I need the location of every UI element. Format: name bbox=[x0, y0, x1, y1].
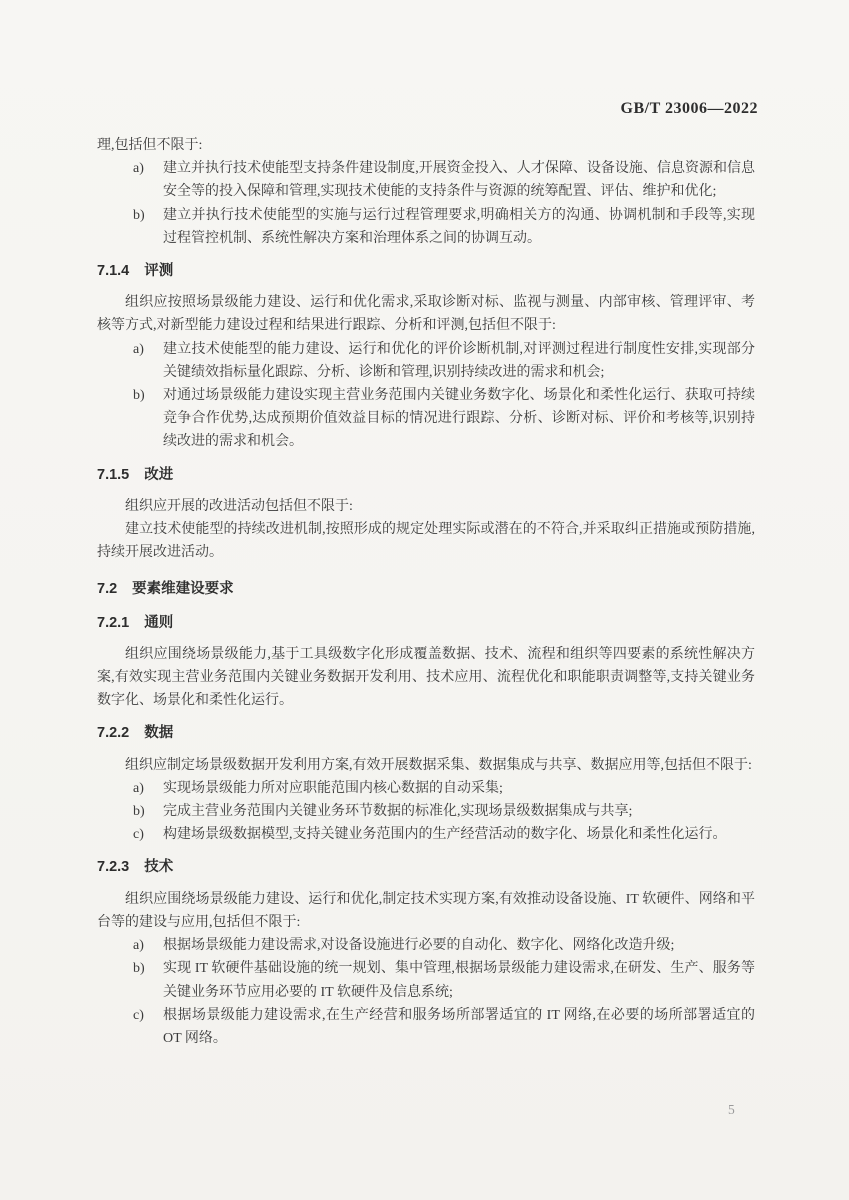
section-heading: 7.2.1 通则 bbox=[97, 612, 755, 635]
section-7-1-4: 7.1.4 评测 组织应按照场景级能力建设、运行和优化需求,采取诊断对标、监视与… bbox=[97, 260, 755, 454]
list-item-label: c) bbox=[133, 1004, 144, 1027]
list-item-text: 实现场景级能力所对应职能范围内核心数据的自动采集; bbox=[163, 781, 503, 796]
section-title: 评测 bbox=[144, 260, 173, 283]
list-item-label: a) bbox=[133, 157, 144, 180]
paragraph: 组织应按照场景级能力建设、运行和优化需求,采取诊断对标、监视与测量、内部审核、管… bbox=[97, 291, 755, 337]
list-item: a) 建立并执行技术使能型支持条件建设制度,开展资金投入、人才保障、设备设施、信… bbox=[97, 157, 755, 203]
paragraph: 组织应围绕场景级能力,基于工具级数字化形成覆盖数据、技术、流程和组织等四要素的系… bbox=[97, 643, 755, 713]
list-item-label: b) bbox=[133, 204, 145, 227]
paragraph: 组织应制定场景级数据开发利用方案,有效开展数据采集、数据集成与共享、数据应用等,… bbox=[97, 754, 755, 777]
section-number: 7.2.1 bbox=[97, 612, 129, 635]
continuation-list: a) 建立并执行技术使能型支持条件建设制度,开展资金投入、人才保障、设备设施、信… bbox=[97, 157, 755, 250]
section-7-1-5: 7.1.5 改进 组织应开展的改进活动包括但不限于: 建立技术使能型的持续改进机… bbox=[97, 464, 755, 565]
section-number: 7.1.5 bbox=[97, 464, 129, 487]
section-number: 7.1.4 bbox=[97, 260, 129, 283]
section-title: 技术 bbox=[144, 856, 173, 879]
list-item-label: a) bbox=[133, 338, 144, 361]
list-item: c) 构建场景级数据模型,支持关键业务范围内的生产经营活动的数字化、场景化和柔性… bbox=[97, 823, 755, 846]
list-item: a) 建立技术使能型的能力建设、运行和优化的评价诊断机制,对评测过程进行制度性安… bbox=[97, 338, 755, 384]
paragraph: 建立技术使能型的持续改进机制,按照形成的规定处理实际或潜在的不符合,并采取纠正措… bbox=[97, 518, 755, 564]
list-item: b) 对通过场景级能力建设实现主营业务范围内关键业务数字化、场景化和柔性化运行、… bbox=[97, 384, 755, 454]
paragraph: 组织应开展的改进活动包括但不限于: bbox=[97, 495, 755, 518]
list-item: a) 根据场景级能力建设需求,对设备设施进行必要的自动化、数字化、网络化改造升级… bbox=[97, 934, 755, 957]
list-item-text: 完成主营业务范围内关键业务环节数据的标准化,实现场景级数据集成与共享; bbox=[163, 804, 632, 819]
list-item-label: a) bbox=[133, 934, 144, 957]
section-heading: 7.2 要素维建设要求 bbox=[97, 578, 755, 601]
standard-number-header: GB/T 23006—2022 bbox=[97, 100, 758, 118]
list-item: b) 完成主营业务范围内关键业务环节数据的标准化,实现场景级数据集成与共享; bbox=[97, 800, 755, 823]
list-item: c) 根据场景级能力建设需求,在生产经营和服务场所部署适宜的 IT 网络,在必要… bbox=[97, 1004, 755, 1050]
list-item: b) 建立并执行技术使能型的实施与运行过程管理要求,明确相关方的沟通、协调机制和… bbox=[97, 204, 755, 250]
paragraph: 组织应围绕场景级能力建设、运行和优化,制定技术实现方案,有效推动设备设施、IT … bbox=[97, 888, 755, 934]
list-item-text: 对通过场景级能力建设实现主营业务范围内关键业务数字化、场景化和柔性化运行、获取可… bbox=[163, 388, 755, 449]
document-page: GB/T 23006—2022 理,包括但不限于: a) 建立并执行技术使能型支… bbox=[0, 0, 849, 1200]
section-list: a) 实现场景级能力所对应职能范围内核心数据的自动采集; b) 完成主营业务范围… bbox=[97, 777, 755, 847]
section-list: a) 建立技术使能型的能力建设、运行和优化的评价诊断机制,对评测过程进行制度性安… bbox=[97, 338, 755, 454]
section-heading: 7.2.3 技术 bbox=[97, 856, 755, 879]
list-item-text: 构建场景级数据模型,支持关键业务范围内的生产经营活动的数字化、场景化和柔性化运行… bbox=[163, 827, 727, 842]
list-item: a) 实现场景级能力所对应职能范围内核心数据的自动采集; bbox=[97, 777, 755, 800]
section-title: 要素维建设要求 bbox=[132, 578, 234, 601]
continuation-paragraph: 理,包括但不限于: bbox=[97, 134, 755, 157]
section-title: 改进 bbox=[144, 464, 173, 487]
list-item-text: 根据场景级能力建设需求,对设备设施进行必要的自动化、数字化、网络化改造升级; bbox=[163, 938, 674, 953]
section-number: 7.2.2 bbox=[97, 722, 129, 745]
page-content: 理,包括但不限于: a) 建立并执行技术使能型支持条件建设制度,开展资金投入、人… bbox=[97, 134, 755, 1050]
section-list: a) 根据场景级能力建设需求,对设备设施进行必要的自动化、数字化、网络化改造升级… bbox=[97, 934, 755, 1050]
list-item-text: 实现 IT 软硬件基础设施的统一规划、集中管理,根据场景级能力建设需求,在研发、… bbox=[163, 961, 755, 999]
section-heading: 7.1.5 改进 bbox=[97, 464, 755, 487]
list-item-text: 建立技术使能型的能力建设、运行和优化的评价诊断机制,对评测过程进行制度性安排,实… bbox=[163, 342, 755, 380]
section-number: 7.2.3 bbox=[97, 856, 129, 879]
page-number: 5 bbox=[728, 1102, 735, 1118]
section-7-2-2: 7.2.2 数据 组织应制定场景级数据开发利用方案,有效开展数据采集、数据集成与… bbox=[97, 722, 755, 846]
section-7-2-1: 7.2.1 通则 组织应围绕场景级能力,基于工具级数字化形成覆盖数据、技术、流程… bbox=[97, 612, 755, 713]
section-number: 7.2 bbox=[97, 578, 117, 601]
list-item-label: a) bbox=[133, 777, 144, 800]
section-heading: 7.1.4 评测 bbox=[97, 260, 755, 283]
list-item: b) 实现 IT 软硬件基础设施的统一规划、集中管理,根据场景级能力建设需求,在… bbox=[97, 957, 755, 1003]
list-item-label: b) bbox=[133, 957, 145, 980]
section-7-2: 7.2 要素维建设要求 bbox=[97, 578, 755, 601]
list-item-text: 建立并执行技术使能型的实施与运行过程管理要求,明确相关方的沟通、协调机制和手段等… bbox=[163, 208, 755, 246]
section-title: 数据 bbox=[144, 722, 173, 745]
list-item-text: 建立并执行技术使能型支持条件建设制度,开展资金投入、人才保障、设备设施、信息资源… bbox=[163, 161, 755, 199]
list-item-label: c) bbox=[133, 823, 144, 846]
section-title: 通则 bbox=[144, 612, 173, 635]
section-7-2-3: 7.2.3 技术 组织应围绕场景级能力建设、运行和优化,制定技术实现方案,有效推… bbox=[97, 856, 755, 1050]
list-item-label: b) bbox=[133, 384, 145, 407]
list-item-text: 根据场景级能力建设需求,在生产经营和服务场所部署适宜的 IT 网络,在必要的场所… bbox=[163, 1008, 755, 1046]
list-item-label: b) bbox=[133, 800, 145, 823]
section-heading: 7.2.2 数据 bbox=[97, 722, 755, 745]
